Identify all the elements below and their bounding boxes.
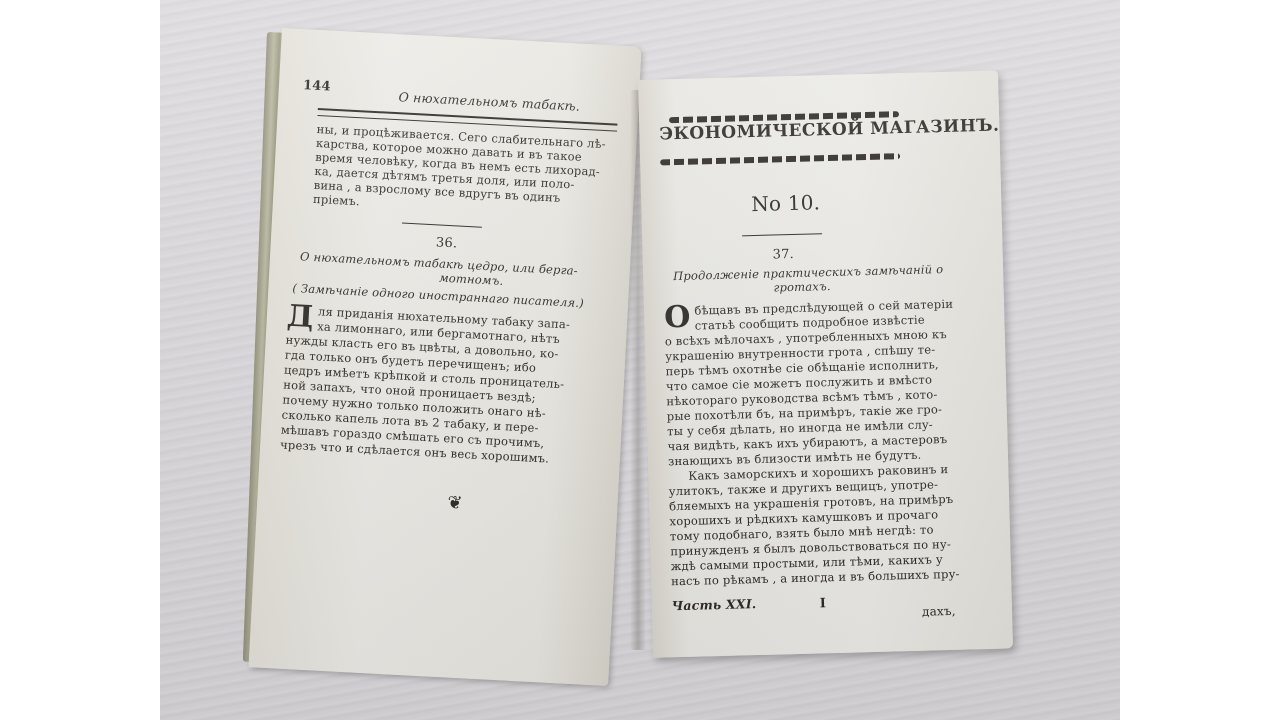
body-paragraph: Д ля приданія нюхательному табаку запа- …: [280, 303, 568, 467]
photo-scene: 144 О нюхательномъ табакѣ. ны, и процѣжи…: [160, 0, 1120, 720]
drop-cap: Д: [286, 303, 314, 332]
drop-cap: О: [664, 304, 691, 333]
body-paragraph: О бѣщавъ въ предслѣдующей о сей матеріи …: [664, 297, 960, 589]
section-heading: Продолженіе практическихъ замѣчаній о гр…: [673, 262, 944, 297]
section-divider: [402, 223, 482, 228]
vignette-ornament-icon: ❦: [447, 492, 463, 514]
catchword: дахъ,: [922, 604, 956, 619]
running-head: О нюхательномъ табакѣ.: [398, 90, 580, 113]
signature-part: Часть XXI.: [672, 597, 757, 613]
right-page: ЭКОНОМИЧЕСКОЙ МАГАЗИНЪ. No 10. 37. Продо…: [638, 71, 1013, 658]
issue-divider: [742, 233, 822, 236]
continued-paragraph: ны, и процѣживается. Сего слабительнаго …: [313, 122, 606, 221]
issue-number: No 10.: [751, 195, 820, 211]
section-number: 37.: [772, 248, 794, 263]
section-number: 36.: [436, 236, 458, 251]
wavy-rule-bottom: [660, 153, 900, 165]
left-page: 144 О нюхательномъ табакѣ. ны, и процѣжи…: [249, 28, 642, 686]
page-number: 144: [303, 79, 331, 94]
signature-mark: I: [820, 597, 827, 611]
